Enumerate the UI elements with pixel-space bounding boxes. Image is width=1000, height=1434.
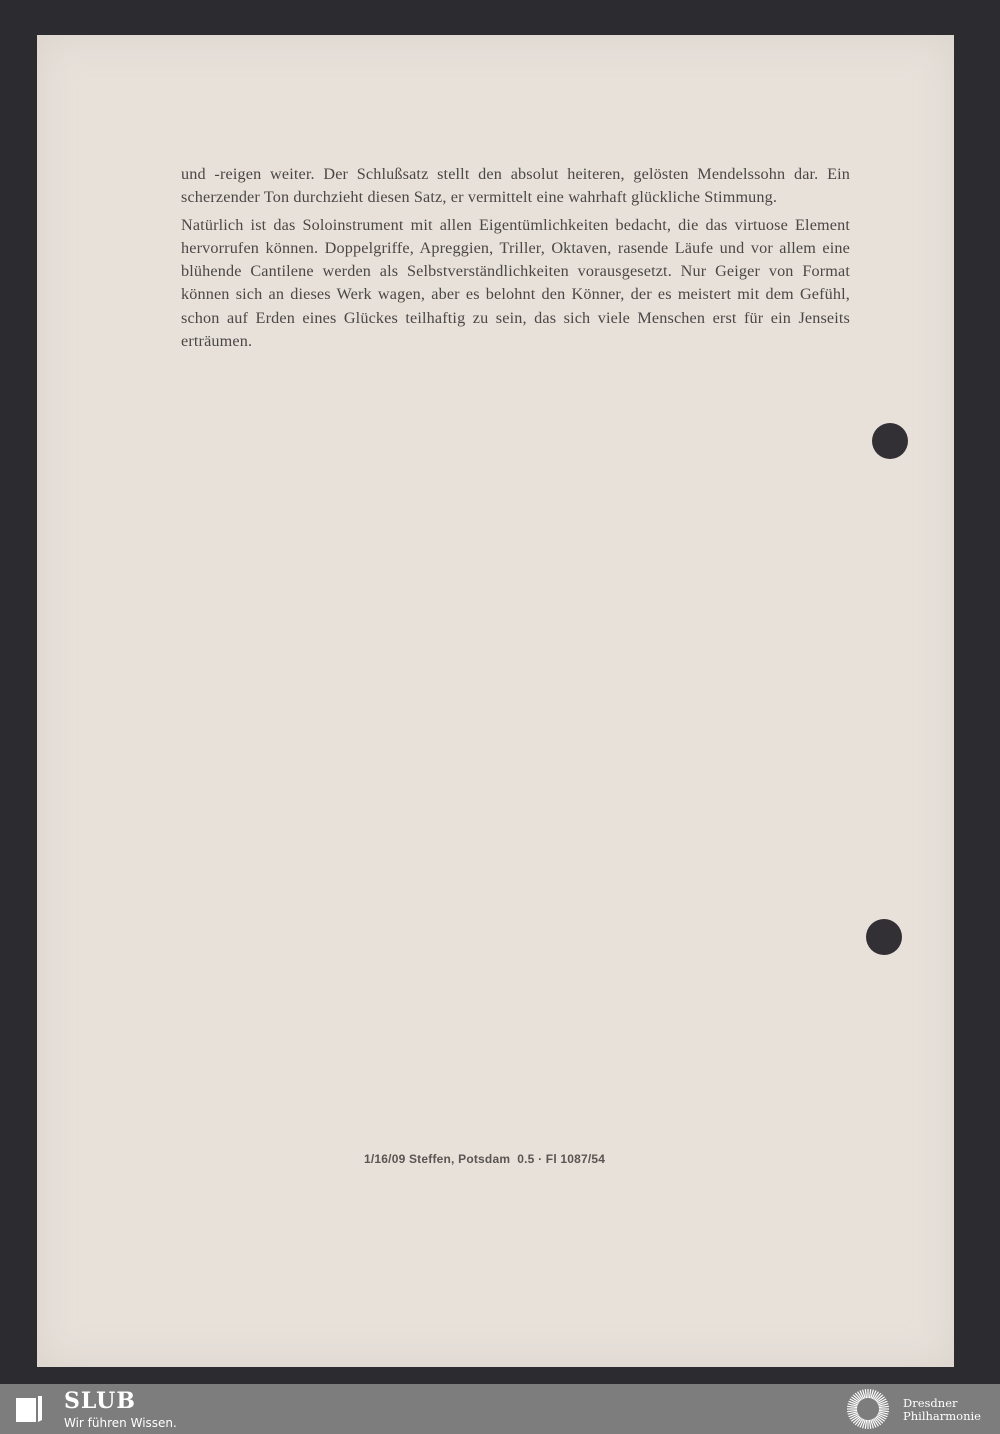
logo-line-2: Philharmonie — [903, 1410, 981, 1423]
book-icon — [14, 1394, 44, 1424]
paragraph-2: Natürlich ist das Soloinstrument mit all… — [181, 214, 850, 354]
sunburst-logo-icon[interactable] — [842, 1387, 894, 1431]
punch-hole — [866, 919, 902, 955]
document-body: und -reigen weiter. Der Schlußsatz stell… — [181, 163, 850, 357]
slub-name: SLUB — [64, 1388, 136, 1414]
dresdner-philharmonie-logo[interactable]: Dresdner Philharmonie — [903, 1397, 981, 1423]
paragraph-1: und -reigen weiter. Der Schlußsatz stell… — [181, 163, 850, 210]
footer-bar: SLUB Wir führen Wissen. Dresdner Philhar… — [0, 1384, 1000, 1434]
slub-tagline: Wir führen Wissen. — [64, 1416, 177, 1430]
punch-hole — [872, 423, 908, 459]
printer-imprint: 1/16/09 Steffen, Potsdam 0.5 · Fl 1087/5… — [364, 1152, 605, 1166]
